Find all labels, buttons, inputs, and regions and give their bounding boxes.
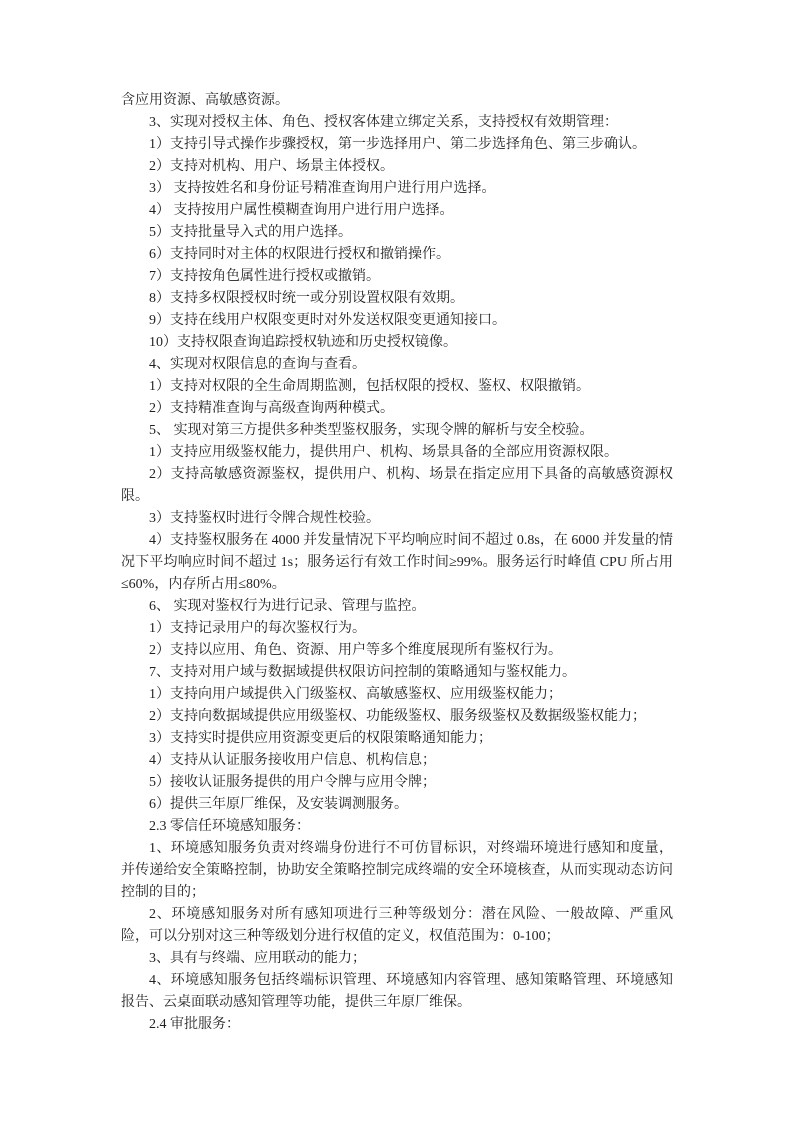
paragraph: 1、环境感知服务负责对终端身份进行不可仿冒标识，对终端环境进行感知和度量，并传递… (121, 838, 673, 904)
paragraph: 6）支持同时对主体的权限进行授权和撤销操作。 (121, 244, 673, 266)
paragraph: 4）支持从认证服务接收用户信息、机构信息； (121, 750, 673, 772)
paragraph: 3）支持实时提供应用资源变更后的权限策略通知能力； (121, 728, 673, 750)
paragraph: 4）支持鉴权服务在 4000 并发量情况下平均响应时间不超过 0.8s，在 60… (121, 530, 673, 596)
paragraph: 5）接收认证服务提供的用户令牌与应用令牌； (121, 772, 673, 794)
paragraph: 7）支持按角色属性进行授权或撤销。 (121, 266, 673, 288)
paragraph: 2、环境感知服务对所有感知项进行三种等级划分：潜在风险、一般故障、严重风险，可以… (121, 904, 673, 948)
section-heading-2-4: 2.4 审批服务： (121, 1014, 673, 1036)
paragraph: 9）支持在线用户权限变更时对外发送权限变更通知接口。 (121, 310, 673, 332)
paragraph: 1）支持应用级鉴权能力，提供用户、机构、场景具备的全部应用资源权限。 (121, 442, 673, 464)
paragraph: 5、 实现对第三方提供多种类型鉴权服务，实现令牌的解析与安全校验。 (121, 420, 673, 442)
paragraph: 2）支持向数据域提供应用级鉴权、功能级鉴权、服务级鉴权及数据级鉴权能力； (121, 706, 673, 728)
paragraph: 6）提供三年原厂维保，及安装调测服务。 (121, 794, 673, 816)
paragraph: 5）支持批量导入式的用户选择。 (121, 222, 673, 244)
paragraph: 1）支持引导式操作步骤授权，第一步选择用户、第二步选择角色、第三步确认。 (121, 134, 673, 156)
paragraph: 6、 实现对鉴权行为进行记录、管理与监控。 (121, 596, 673, 618)
paragraph: 3、具有与终端、应用联动的能力； (121, 948, 673, 970)
paragraph: 3、实现对授权主体、角色、授权客体建立绑定关系，支持授权有效期管理： (121, 112, 673, 134)
paragraph: 3） 支持按姓名和身份证号精准查询用户进行用户选择。 (121, 178, 673, 200)
paragraph: 2）支持以应用、角色、资源、用户等多个维度展现所有鉴权行为。 (121, 640, 673, 662)
paragraph: 10）支持权限查询追踪授权轨迹和历史授权镜像。 (121, 332, 673, 354)
paragraph: 2）支持精准查询与高级查询两种模式。 (121, 398, 673, 420)
paragraph: 8）支持多权限授权时统一或分别设置权限有效期。 (121, 288, 673, 310)
paragraph: 1）支持对权限的全生命周期监测，包括权限的授权、鉴权、权限撤销。 (121, 376, 673, 398)
document-page: 含应用资源、高敏感资源。 3、实现对授权主体、角色、授权客体建立绑定关系，支持授… (0, 0, 793, 1122)
document-body: 含应用资源、高敏感资源。 3、实现对授权主体、角色、授权客体建立绑定关系，支持授… (121, 90, 673, 1036)
paragraph: 1）支持记录用户的每次鉴权行为。 (121, 618, 673, 640)
paragraph: 7、支持对用户域与数据域提供权限访问控制的策略通知与鉴权能力。 (121, 662, 673, 684)
section-heading-2-3: 2.3 零信任环境感知服务： (121, 816, 673, 838)
paragraph: 3）支持鉴权时进行令牌合规性校验。 (121, 508, 673, 530)
paragraph: 1）支持向用户域提供入门级鉴权、高敏感鉴权、应用级鉴权能力； (121, 684, 673, 706)
paragraph: 4） 支持按用户属性模糊查询用户进行用户选择。 (121, 200, 673, 222)
paragraph: 2）支持对机构、用户、场景主体授权。 (121, 156, 673, 178)
paragraph-continuation: 含应用资源、高敏感资源。 (121, 90, 673, 112)
paragraph: 2）支持高敏感资源鉴权，提供用户、机构、场景在指定应用下具备的高敏感资源权限。 (121, 464, 673, 508)
paragraph: 4、环境感知服务包括终端标识管理、环境感知内容管理、感知策略管理、环境感知报告、… (121, 970, 673, 1014)
paragraph: 4、实现对权限信息的查询与查看。 (121, 354, 673, 376)
